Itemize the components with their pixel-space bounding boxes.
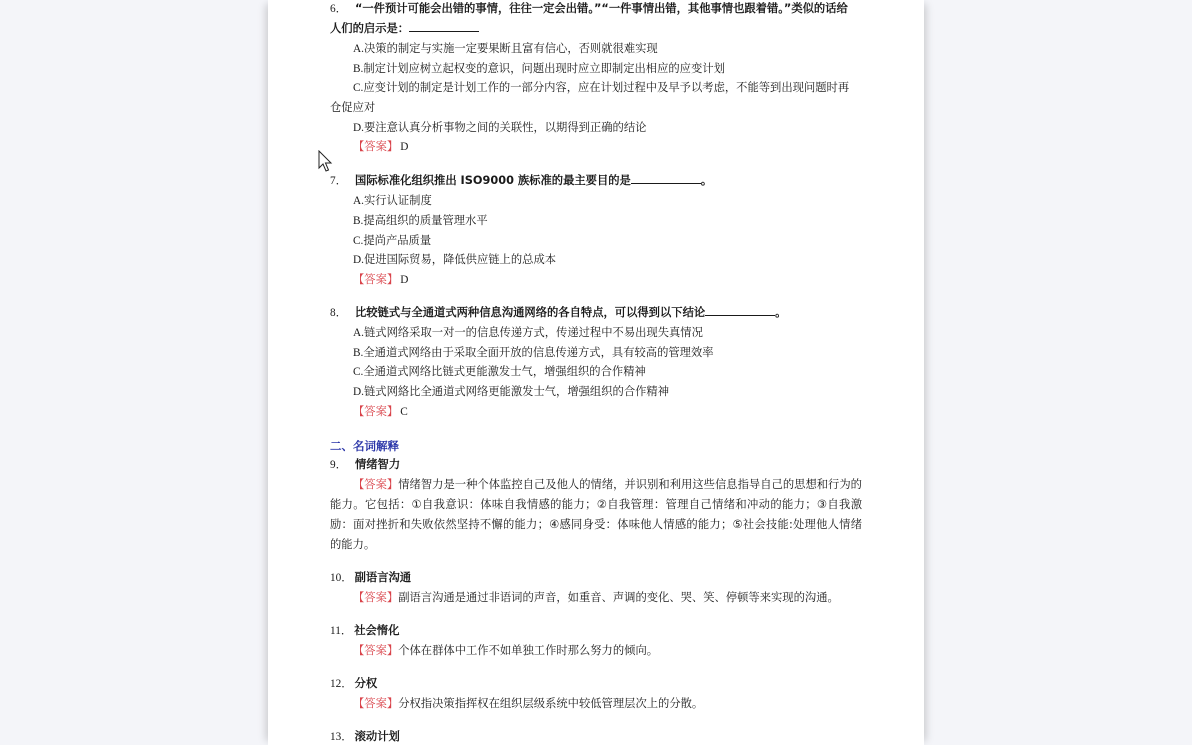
question-number: 7． (330, 175, 347, 187)
document-page: 6．“一件预计可能会出错的事情，往往一定会出错。”“一件事情出错，其他事情也跟着… (268, 0, 924, 745)
answer-label: 【答案】 (353, 644, 398, 657)
term-number: 13． (330, 731, 353, 743)
question-text: 国际标准化组织推出 ISO9000 族标准的最主要目的是 (355, 174, 631, 187)
term-13-title: 13．滚动计划 (330, 727, 400, 745)
term-12-definition: 【答案】分权指决策指挥权在组织层级系统中较低管理层次上的分散。 (353, 694, 703, 714)
term-12-title: 12．分权 (330, 674, 377, 694)
answer-blank (705, 304, 775, 316)
definition-text: 个体在群体中工作不如单独工作时那么努力的倾向。 (398, 644, 658, 657)
definition-text: 分权指决策指挥权在组织层级系统中较低管理层次上的分散。 (398, 697, 703, 710)
term-11-definition: 【答案】个体在群体中工作不如单独工作时那么努力的倾向。 (353, 641, 658, 661)
term-number: 11． (330, 625, 352, 637)
definition-text: 副语言沟通是通过非语词的声音，如重音、声调的变化、哭、笑、停顿等来实现的沟通。 (398, 591, 839, 604)
term-text: 情绪智力 (355, 458, 400, 471)
mouse-pointer-icon (318, 150, 334, 174)
option-d: D.要注意认真分析事物之间的关联性，以期得到正确的结论 (353, 118, 646, 138)
question-6-title-cont: 人们的启示是： (330, 19, 479, 39)
option-d: D.促进国际贸易，降低供应链上的总成本 (353, 250, 556, 270)
answer-value: D (400, 141, 408, 153)
term-11-title: 11．社会惰化 (330, 621, 399, 641)
term-text: 分权 (355, 677, 378, 690)
option-d: D.链式网絡比全通道式网络更能激发士气，增强组织的合作精神 (353, 382, 669, 402)
option-a: A.实行认证制度 (353, 191, 432, 211)
option-a: A.决策的制定与实施一定要果断且富有信心，否则就很难实现 (353, 39, 658, 59)
option-c: C.全通道式网络比链式更能激发士气，增强组织的合作精神 (353, 362, 646, 382)
answer-label: 【答案】 (353, 591, 398, 604)
answer-label: 【答案】 (353, 405, 398, 418)
answer-label: 【答案】 (353, 697, 398, 710)
question-text: “一件预计可能会出错的事情，往往一定会出错。”“一件事情出错，其他事情也跟着错。… (355, 2, 848, 15)
term-9-title: 9．情绪智力 (330, 455, 400, 475)
question-number: 8． (330, 307, 347, 319)
term-10-title: 10．副语言沟通 (330, 568, 411, 588)
answer-blank (409, 20, 479, 32)
term-text: 副语言沟通 (355, 571, 412, 584)
term-9-definition: 【答案】情绪智力是一种个体监控自己及他人的情绪，并识别和利用这些信息指导自己的思… (330, 475, 862, 555)
question-number: 6． (330, 3, 347, 15)
answer-line: 【答案】D (353, 137, 408, 157)
answer-value: D (400, 274, 408, 286)
term-text: 滚动计划 (355, 730, 400, 743)
question-7-title: 7．国际标准化组织推出 ISO9000 族标准的最主要目的是。 (330, 171, 712, 191)
answer-label: 【答案】 (353, 273, 398, 286)
answer-label: 【答案】 (353, 478, 398, 491)
answer-value: C (400, 406, 408, 418)
option-c-cont: 仓促应对 (330, 98, 375, 118)
option-b: B.制定计划应树立起权变的意识，问题出现时应立即制定出相应的应变计划 (353, 59, 725, 79)
term-number: 9． (330, 459, 347, 471)
document-viewer: 6．“一件预计可能会出错的事情，往往一定会出错。”“一件事情出错，其他事情也跟着… (0, 0, 1192, 745)
term-text: 社会惰化 (354, 624, 399, 637)
term-10-definition: 【答案】副语言沟通是通过非语词的声音，如重音、声调的变化、哭、笑、停顿等来实现的… (353, 588, 839, 608)
section-title: 二、名词解释 (330, 436, 399, 456)
answer-label: 【答案】 (353, 140, 398, 153)
option-b: B.提高组织的质量管理水平 (353, 211, 488, 231)
term-number: 12． (330, 678, 353, 690)
question-8-title: 8．比较链式与全通道式两种信息沟通网络的各自特点，可以得到以下结论。 (330, 303, 786, 323)
question-text: 比较链式与全通道式两种信息沟通网络的各自特点，可以得到以下结论 (355, 306, 705, 319)
question-6-title: 6．“一件预计可能会出错的事情，往往一定会出错。”“一件事情出错，其他事情也跟着… (330, 0, 848, 19)
option-c: C.提尚产品质量 (353, 231, 431, 251)
definition-text: 情绪智力是一种个体监控自己及他人的情绪，并识别和利用这些信息指导自己的思想和行为… (330, 478, 862, 551)
term-number: 10． (330, 572, 353, 584)
option-b: B.全通道式网络由于采取全面开放的信息传递方式，具有较高的管理效率 (353, 343, 714, 363)
option-a: A.链式网络采取一对一的信息传递方式，传递过程中不易出现失真情况 (353, 323, 703, 343)
option-c: C.应变计划的制定是计划工作的一部分内容，应在计划过程中及早予以考虑，不能等到出… (353, 78, 849, 98)
answer-blank (631, 172, 701, 184)
answer-line: 【答案】D (353, 270, 408, 290)
question-text: 人们的启示是： (330, 22, 409, 35)
answer-line: 【答案】C (353, 402, 408, 422)
